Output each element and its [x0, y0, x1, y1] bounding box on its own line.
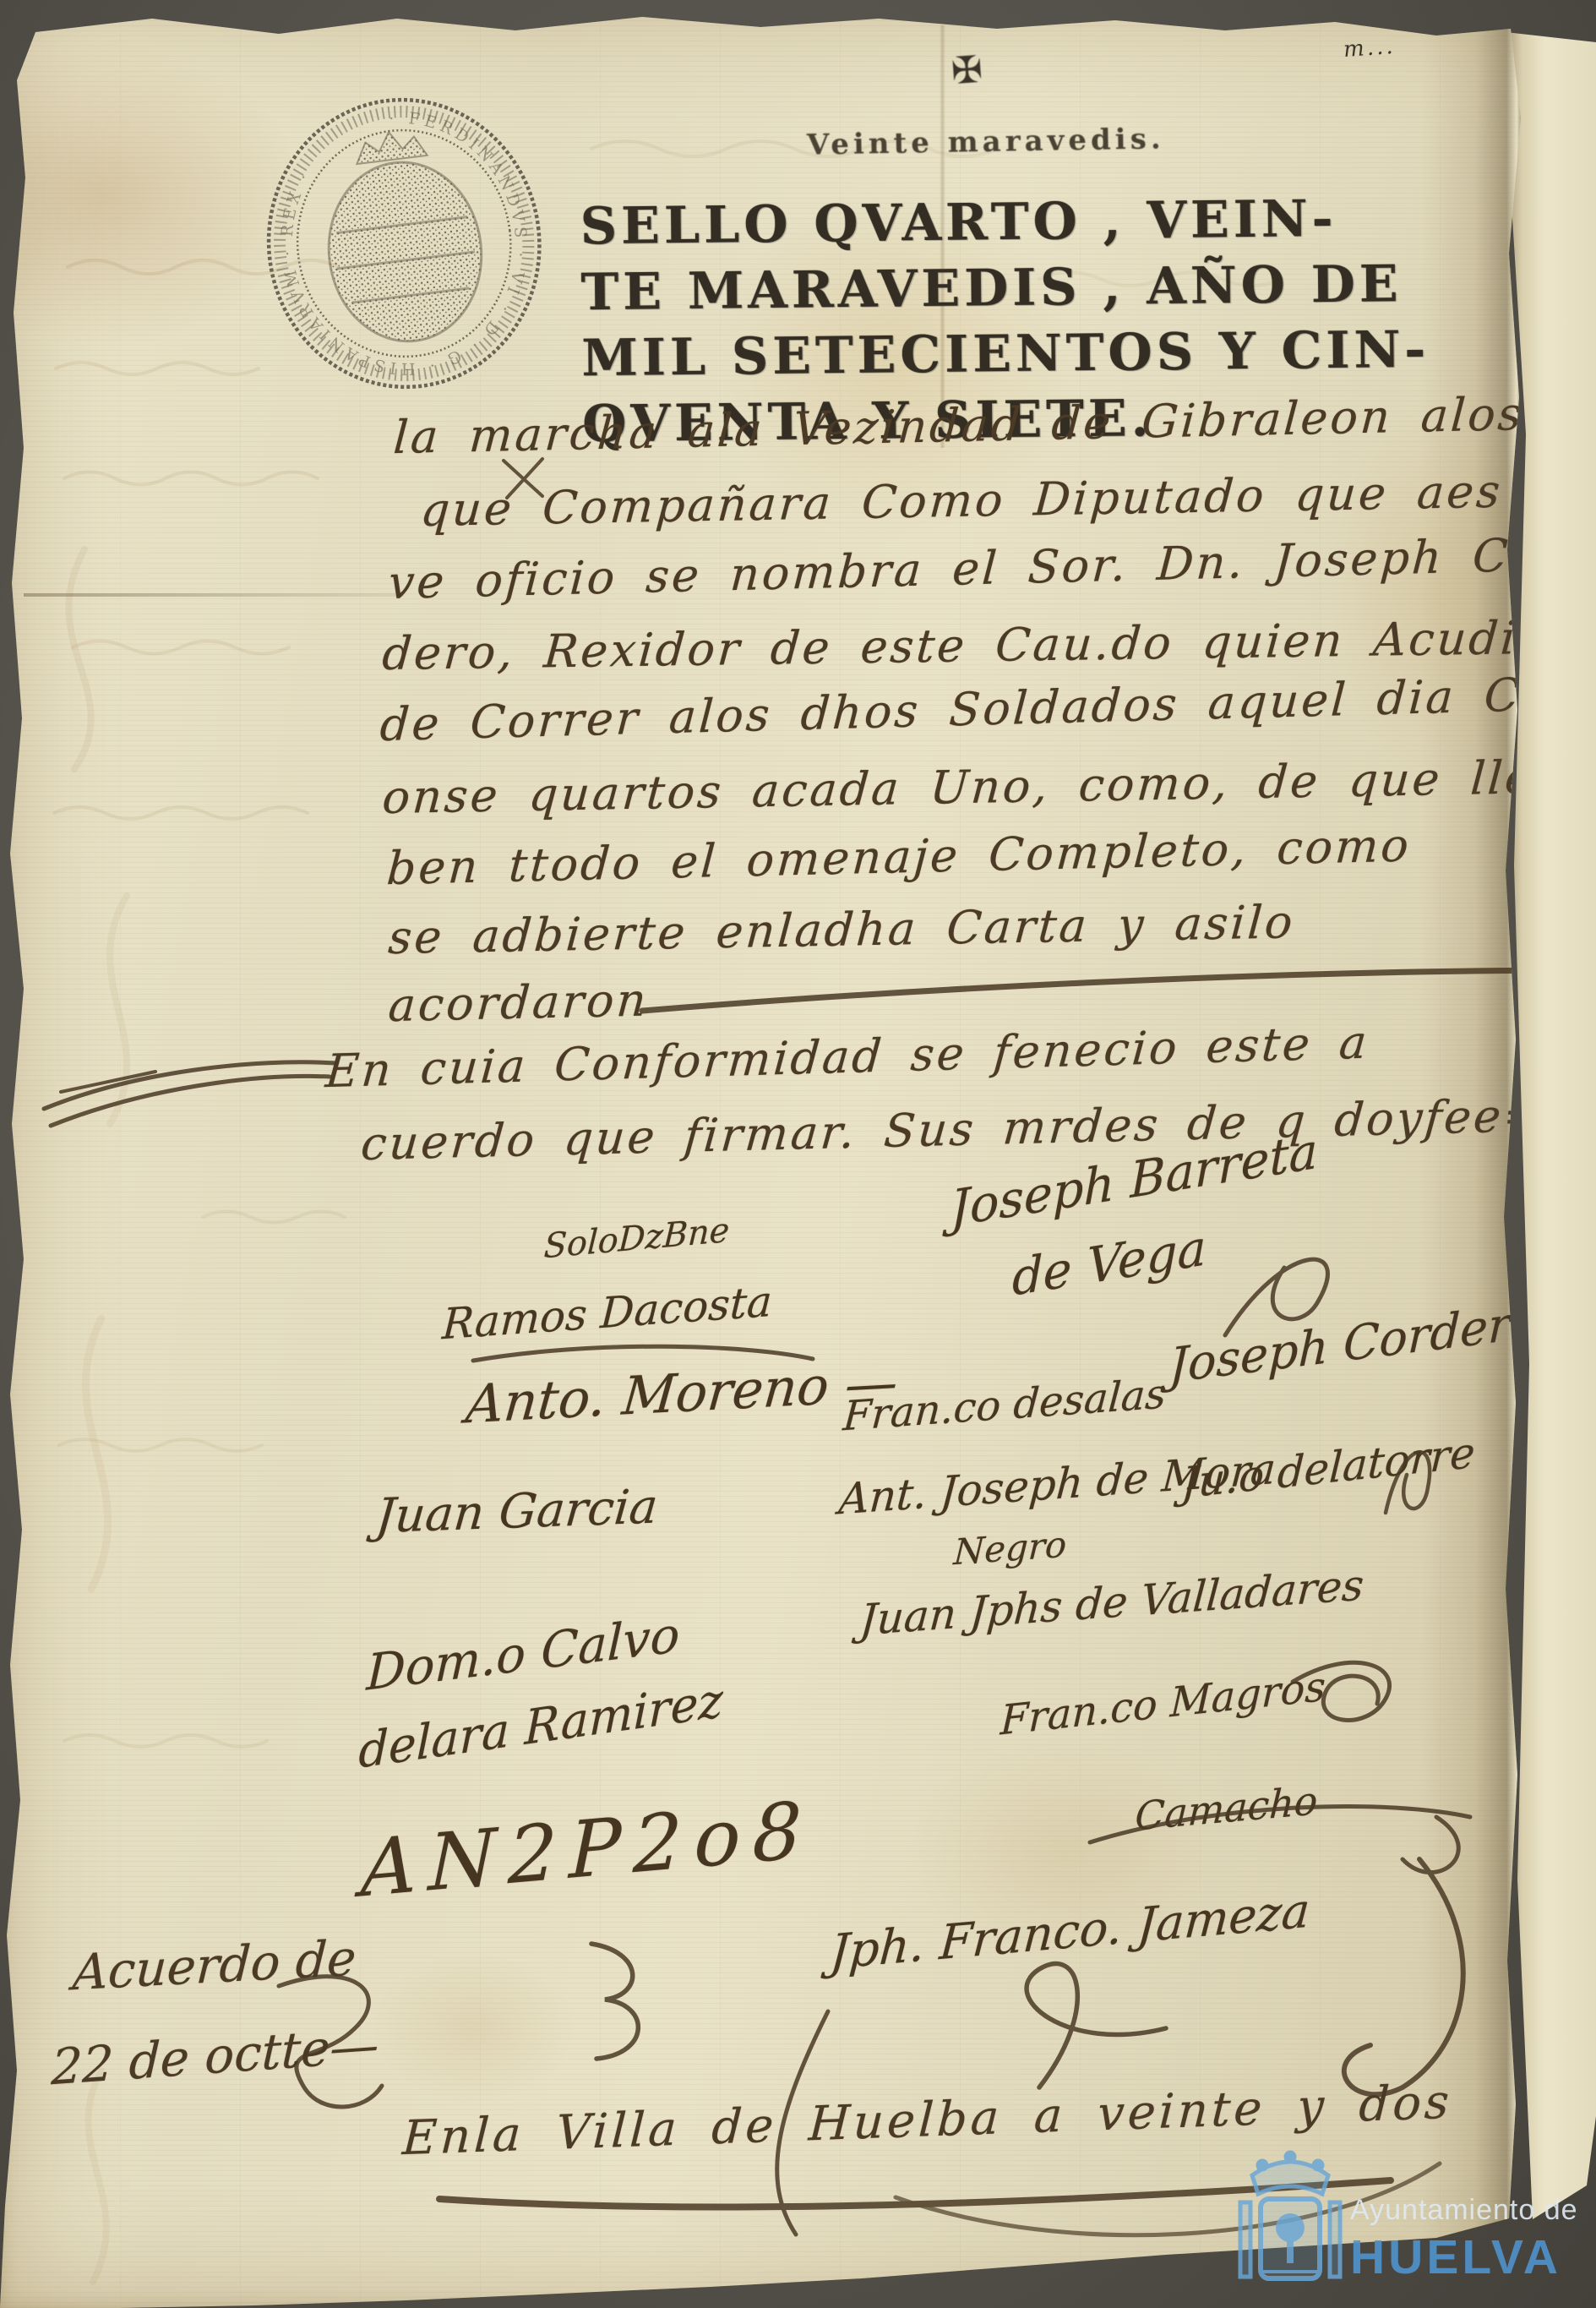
- seal-ring-text: · FERDINANDVS · VI · D · G · HISPANIARVM…: [263, 95, 546, 392]
- body-line-5: de Correr alos dhos Soldados aquel dia C…: [379, 667, 1585, 751]
- body-line-8: se adbierte enladha Carta y asilo: [387, 895, 1297, 964]
- signature-ramos-dacosta: Ramos Dacosta: [441, 1277, 773, 1350]
- body-line-3: ve oficio se nombra el Sor. Dn. Joseph C…: [387, 527, 1566, 609]
- document-scan: · FERDINANDVS · VI · D · G · HISPANIARVM…: [0, 0, 1596, 2308]
- printed-line-2: TE MARAVEDIS , AÑO DE: [580, 251, 1430, 326]
- svg-text:· FERDINANDVS · VI · D · G · H: · FERDINANDVS · VI · D · G · HISPANIARVM…: [263, 95, 546, 392]
- final-place-line: Enla Villa de Huelba a veinte y dos: [401, 2075, 1454, 2167]
- watermark-institution-label: Ayuntamiento de: [1350, 2194, 1578, 2227]
- signature-rubric-left: SoloDzBne: [543, 1211, 731, 1267]
- signature-francisco-magros: Fran.co Magros: [1000, 1663, 1326, 1745]
- royal-seal-stamp-icon: · FERDINANDVS · VI · D · G · HISPANIARVM…: [243, 64, 564, 411]
- signature-camacho: Camacho: [1134, 1777, 1319, 1839]
- body-line-7: ben ttodo el omenaje Completo, como: [385, 818, 1413, 895]
- signature-jph-franco-jameza: Jph. Franco. Jameza: [828, 1883, 1311, 1980]
- horizontal-crease: [24, 593, 404, 597]
- corner-ink-mark: m...: [1343, 34, 1396, 63]
- closing-line-2: cuerdo que firmar. Sus mrdes de q doyfee…: [359, 1089, 1546, 1170]
- right-fold-shadow: [1419, 0, 1521, 2308]
- body-line-2: que Compañara Como Diputado que aes: [419, 465, 1505, 537]
- printed-line-3: MIL SETECIENTOS Y CIN-: [581, 317, 1430, 392]
- manuscript-page: · FERDINANDVS · VI · D · G · HISPANIARVM…: [0, 0, 1596, 2308]
- watermark-city-label: HUELVA: [1350, 2229, 1561, 2285]
- signature-antonio-moreno: Anto. Moreno —: [464, 1350, 901, 1435]
- signature-juan-garcia: Juan Garcia: [373, 1479, 660, 1544]
- printed-line-1: SELLO QVARTO , VEIN-: [580, 185, 1429, 260]
- stamped-value-line: Veinte maravedis.: [807, 122, 1165, 161]
- signature-juan-valladares: Juan Jphs de Valladares: [858, 1560, 1365, 1645]
- signature-large-rubric: AN2P2o8: [360, 1784, 814, 1914]
- body-line-6: onse quartos acada Uno, como, de que lle: [381, 750, 1537, 824]
- body-line-9: acordaron: [387, 974, 651, 1033]
- printer-cross-ornament: ✠: [950, 48, 983, 93]
- margin-note-line-1: Acuerdo de: [71, 1929, 357, 2001]
- body-line-4: dero, Rexidor de este Cau.do quien Acudi…: [380, 609, 1596, 680]
- margin-note-line-2: 22 de octte—: [51, 2016, 380, 2096]
- signature-de-vega: de Vega: [1012, 1219, 1207, 1307]
- signature-negro: Negro: [952, 1524, 1067, 1574]
